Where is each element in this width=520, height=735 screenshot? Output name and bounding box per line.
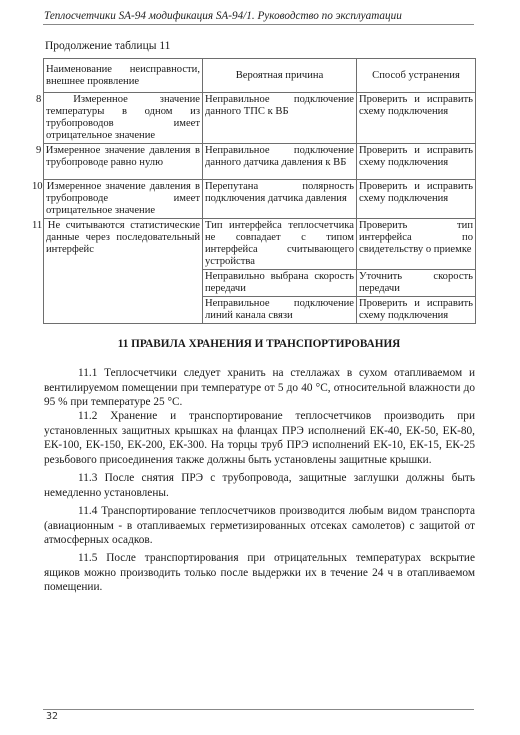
fault-cell: 11 Не считываются статистические данные … <box>44 219 203 324</box>
header-rule <box>43 24 474 25</box>
fault-cell: 8 Измеренное значение температуры в одно… <box>44 93 203 144</box>
remedy-cell: Проверить и исправить схему подключения <box>357 297 476 324</box>
remedy-cell: Проверить и исправить схему подключения <box>357 180 476 219</box>
paragraph-11-2: 11.2 Хранение и транспортирование теплос… <box>44 409 475 467</box>
table-caption: Продолжение таблицы 11 <box>45 40 170 53</box>
table-row: 11 Не считываются статистические данные … <box>44 219 476 270</box>
column-header-cause: Вероятная причина <box>203 59 357 93</box>
cause-cell: Тип интерфейса теплосчетчика не совпадае… <box>203 219 357 270</box>
table-header-row: Наименование неисправности, внешнее проя… <box>44 59 476 93</box>
page-number: 32 <box>46 711 58 722</box>
faults-table: Наименование неисправности, внешнее проя… <box>43 58 476 324</box>
remedy-cell: Проверить тип интерфейса по свидетельств… <box>357 219 476 270</box>
remedy-cell: Уточнить скорость передачи <box>357 270 476 297</box>
cause-cell: Перепутана полярность подключения датчик… <box>203 180 357 219</box>
column-header-remedy: Способ устранения <box>357 59 476 93</box>
paragraph-11-5: 11.5 После транспортирования при отрицат… <box>44 551 475 595</box>
paragraph-11-3: 11.3 После снятия ПРЭ с трубопровода, за… <box>44 471 475 500</box>
fault-cell: 10 Измеренное значение давления в трубоп… <box>44 180 203 219</box>
footer-rule <box>43 709 474 710</box>
table-row: 9 Измеренное значение давления в трубопр… <box>44 144 476 180</box>
table-row: 8 Измеренное значение температуры в одно… <box>44 93 476 144</box>
paragraph-11-1: 11.1 Теплосчетчики следует хранить на ст… <box>44 366 475 410</box>
section-title: 11 ПРАВИЛА ХРАНЕНИЯ И ТРАНСПОРТИРОВАНИЯ <box>43 338 475 351</box>
table-row: 10 Измеренное значение давления в трубоп… <box>44 180 476 219</box>
paragraph-11-4: 11.4 Транспортирование теплосчетчиков пр… <box>44 504 475 548</box>
running-header: Теплосчетчики SA-94 модификация SA-94/1.… <box>44 10 474 23</box>
cause-cell: Неправильное подключение данного датчика… <box>203 144 357 180</box>
remedy-cell: Проверить и исправить схему подключения <box>357 144 476 180</box>
remedy-cell: Проверить и исправить схему подключения <box>357 93 476 144</box>
cause-cell: Неправильное подключение данного ТПС к В… <box>203 93 357 144</box>
cause-cell: Неправильно выбрана скорость передачи <box>203 270 357 297</box>
cause-cell: Неправильное подключение линий канала св… <box>203 297 357 324</box>
fault-cell: 9 Измеренное значение давления в трубопр… <box>44 144 203 180</box>
column-header-fault: Наименование неисправности, внешнее проя… <box>44 59 203 93</box>
